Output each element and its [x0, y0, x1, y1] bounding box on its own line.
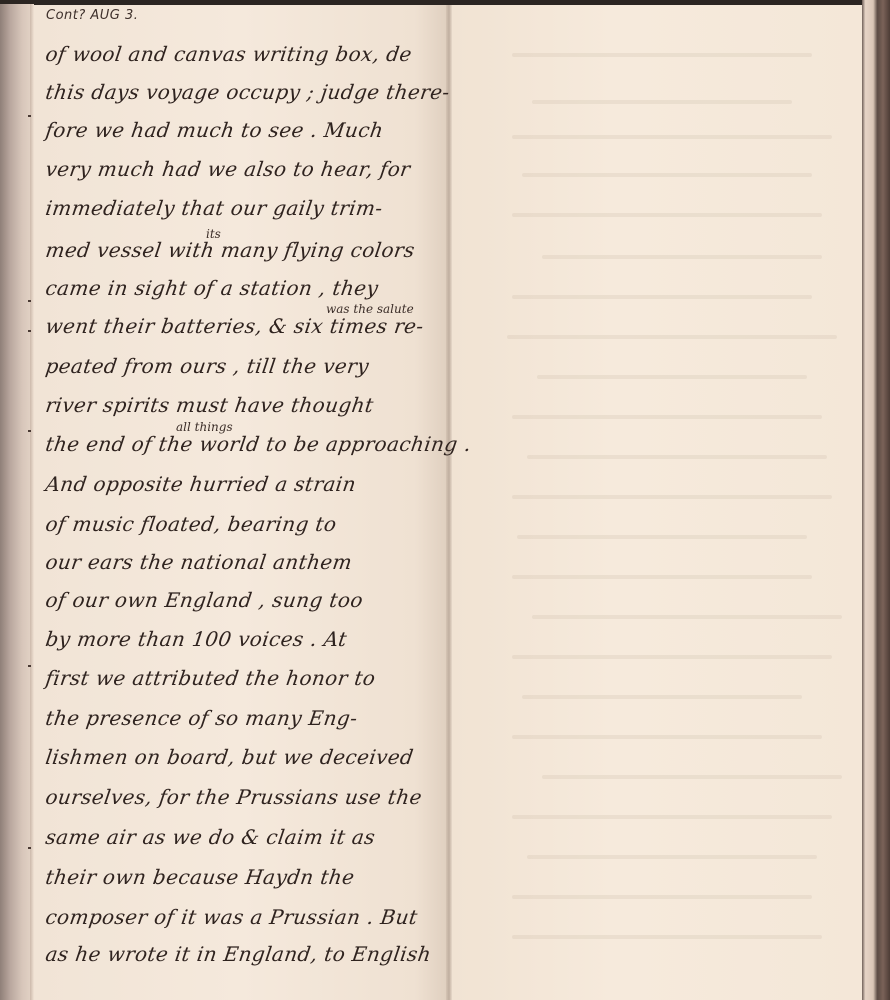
show-through-line: [512, 935, 822, 939]
show-through-line: [512, 295, 812, 299]
journal-spread: Cont? AUG 3. of wool and canvas writing …: [0, 0, 890, 1000]
continuation-date-header: Cont? AUG 3.: [46, 8, 138, 23]
margin-mark: [28, 430, 31, 432]
manuscript-line: And opposite hurried a strain: [44, 472, 447, 496]
show-through-line: [507, 335, 837, 339]
show-through-line: [527, 855, 817, 859]
manuscript-line: composer of it was a Prussian . But: [44, 905, 447, 929]
show-through-line: [512, 135, 832, 139]
show-through-line: [542, 775, 842, 779]
manuscript-line: of wool and canvas writing box, de: [44, 42, 447, 66]
show-through-line: [522, 173, 812, 177]
manuscript-line: fore we had much to see . Much: [44, 118, 447, 142]
show-through-line: [517, 535, 807, 539]
show-through-line: [512, 495, 832, 499]
margin-mark: [28, 330, 31, 332]
right-binding-edge: [862, 0, 890, 1000]
manuscript-line: this days voyage occupy ; judge there-: [44, 80, 447, 104]
show-through-line: [512, 735, 822, 739]
manuscript-line: very much had we also to hear, for: [44, 157, 447, 181]
manuscript-line: went their batteries, & six times re-: [44, 314, 447, 338]
show-through-line: [512, 213, 822, 217]
manuscript-line: first we attributed the honor to: [44, 666, 447, 690]
margin-mark: [28, 665, 31, 667]
manuscript-line: came in sight of a station , they: [44, 276, 447, 300]
manuscript-line: peated from ours , till the very: [44, 354, 447, 378]
manuscript-line: river spirits must have thought: [44, 393, 447, 417]
show-through-line: [512, 895, 812, 899]
manuscript-line: same air as we do & claim it as: [44, 825, 447, 849]
left-page-edges: [0, 4, 34, 1000]
show-through-line: [512, 815, 832, 819]
show-through-line: [532, 615, 842, 619]
show-through-line: [512, 575, 812, 579]
manuscript-line: lishmen on board, but we deceived: [44, 745, 447, 769]
manuscript-line: as he wrote it in England, to English: [44, 942, 447, 966]
margin-mark: [28, 300, 31, 302]
manuscript-line: med vessel with many flying colors: [44, 238, 447, 262]
manuscript-line: by more than 100 voices . At: [44, 627, 447, 651]
show-through-line: [512, 655, 832, 659]
manuscript-line: of music floated, bearing to: [44, 512, 447, 536]
manuscript-line: their own because Haydn the: [44, 865, 447, 889]
show-through-line: [527, 455, 827, 459]
margin-mark: [28, 115, 31, 117]
show-through-line: [532, 100, 792, 104]
manuscript-line: of our own England , sung too: [44, 588, 447, 612]
manuscript-line: our ears the national anthem: [44, 550, 447, 574]
left-page: [34, 5, 448, 1000]
manuscript-line: the end of the world to be approaching .: [44, 432, 447, 456]
show-through-line: [537, 375, 807, 379]
margin-mark: [28, 847, 31, 849]
show-through-line: [542, 255, 822, 259]
show-through-line: [512, 53, 812, 57]
manuscript-line: the presence of so many Eng-: [44, 706, 447, 730]
manuscript-line: ourselves, for the Prussians use the: [44, 785, 447, 809]
right-page: [452, 5, 862, 1000]
show-through-line: [512, 415, 822, 419]
manuscript-line: immediately that our gaily trim-: [44, 196, 447, 220]
show-through-line: [522, 695, 802, 699]
